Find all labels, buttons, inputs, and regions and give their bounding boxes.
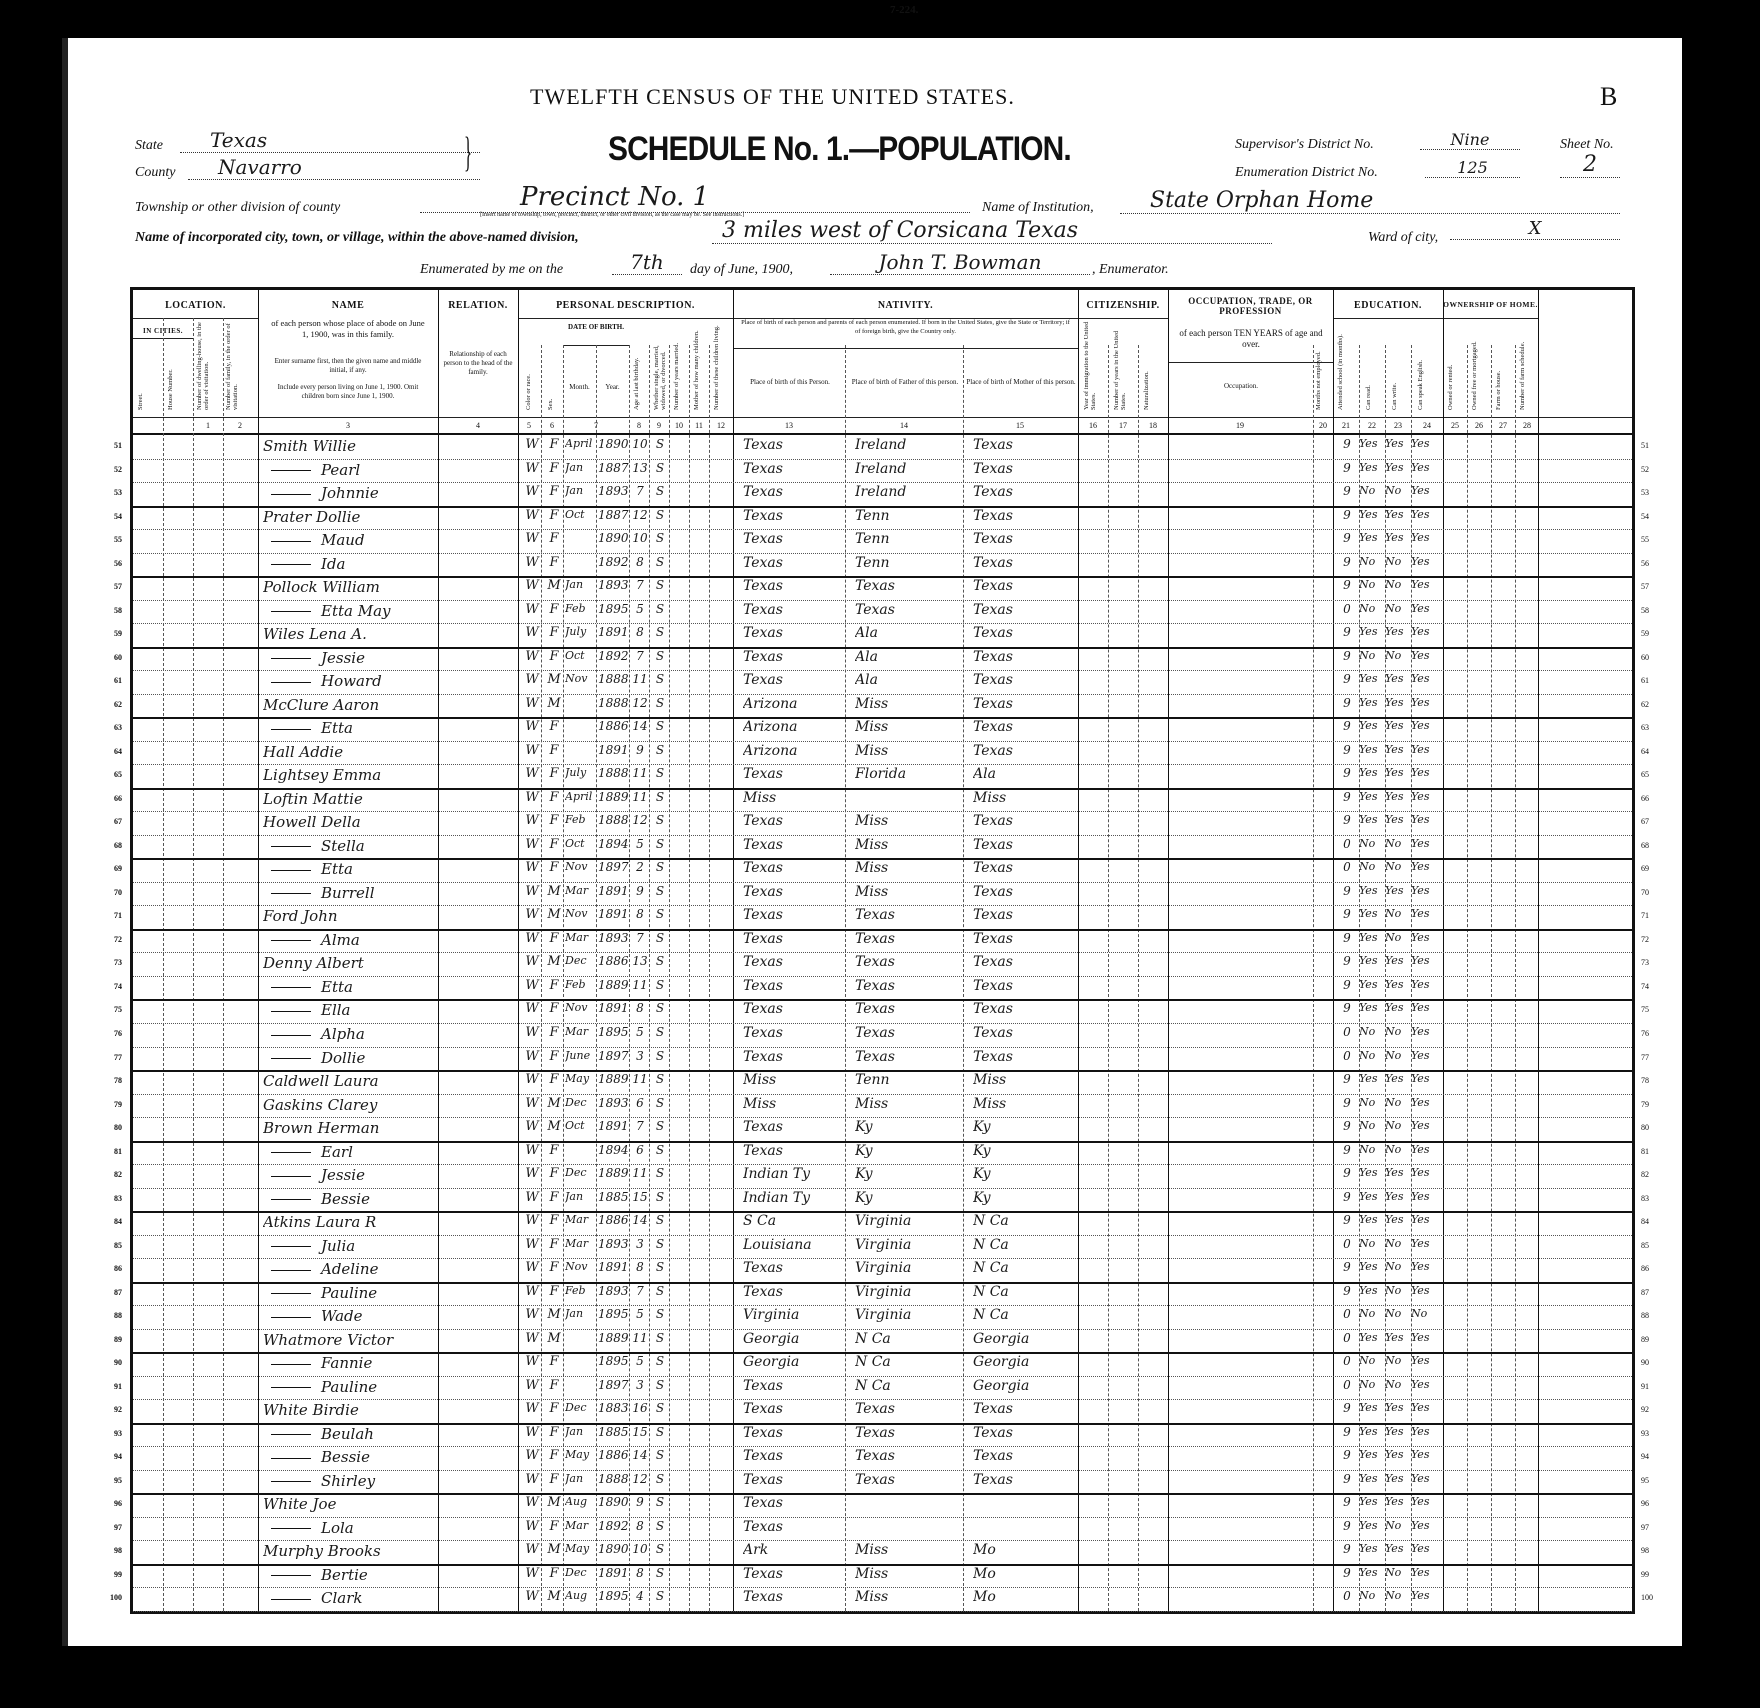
can-write-cell: No [1385,1237,1411,1250]
label-house-number: House Number. [167,350,174,410]
name-cell: Gaskins Clarey [263,1096,438,1114]
father-birthplace-cell: N Ca [855,1378,960,1394]
birthplace-cell: Texas [743,1566,843,1582]
color-cell: W [522,1096,542,1111]
line-number-left: 53 [100,488,122,497]
line-number-left: 61 [100,676,122,685]
can-read-cell: Yes [1359,531,1385,544]
name-cell: Pearl [263,461,446,479]
can-read-cell: No [1359,1049,1385,1062]
label-can-read: Can read. [1365,350,1372,410]
can-read-cell: Yes [1359,461,1385,474]
line-number-left: 69 [100,864,122,873]
can-write-cell: Yes [1385,743,1411,756]
can-write-cell: No [1385,1519,1411,1532]
school-months-cell: 9 [1335,1096,1359,1110]
age-cell: 14 [630,719,650,733]
school-months-cell: 0 [1335,1049,1359,1063]
sex-cell: F [544,1448,564,1463]
birth-year-cell: 1888 [598,672,630,686]
marital-cell: S [650,578,670,592]
can-speak-cell: Yes [1411,625,1443,638]
can-speak-cell: Yes [1411,978,1443,991]
table-row: AlphaWFMar18955STexasTexasTexas0NoNoYes [133,1023,1632,1047]
can-write-cell: Yes [1385,1001,1411,1014]
mother-birthplace-cell: Ky [973,1190,1078,1206]
father-birthplace-cell: Texas [855,931,960,947]
mother-birthplace-cell: Texas [973,954,1078,970]
label-can-speak: Can speak English. [1417,320,1424,410]
color-cell: W [522,766,542,781]
can-speak-cell: Yes [1411,719,1443,732]
color-cell: W [522,484,542,499]
table-row: DollieWFJune18973STexasTexasTexas0NoNoYe… [133,1047,1632,1071]
father-birthplace-cell: Miss [855,719,960,735]
can-read-cell: Yes [1359,1001,1385,1014]
line-number-right: 60 [1641,653,1663,662]
mother-birthplace-cell: Miss [973,1072,1078,1088]
label-street: Street. [137,360,144,410]
color-cell: W [522,719,542,734]
school-months-cell: 9 [1335,907,1359,921]
birth-year-cell: 1892 [598,649,630,663]
mother-birthplace-cell: Texas [973,837,1078,853]
name-cell: Alpha [263,1025,446,1043]
can-speak-cell: Yes [1411,884,1443,897]
mother-birthplace-cell: Texas [973,719,1078,735]
father-birthplace-cell: Miss [855,813,960,829]
marital-cell: S [650,484,670,498]
can-write-cell: No [1385,837,1411,850]
color-cell: W [522,602,542,617]
can-speak-cell: Yes [1411,837,1443,850]
can-read-cell: No [1359,1143,1385,1156]
sex-cell: M [544,1119,564,1134]
can-speak-cell: Yes [1411,508,1443,521]
line-number-left: 81 [100,1147,122,1156]
can-read-cell: No [1359,1354,1385,1367]
mother-birthplace-cell: Texas [973,1049,1078,1065]
birth-year-cell: 1893 [598,1096,630,1110]
line-number-right: 85 [1641,1241,1663,1250]
can-speak-cell: Yes [1411,954,1443,967]
name-cell: Murphy Brooks [263,1542,438,1560]
sex-cell: M [544,1589,564,1604]
birth-year-cell: 1885 [598,1190,630,1204]
name-cell: Smith Willie [263,437,438,455]
marital-cell: S [650,555,670,569]
mother-birthplace-cell: Texas [973,555,1078,571]
birthplace-cell: Texas [743,931,843,947]
birthplace-cell: Miss [743,1072,843,1088]
line-number-right: 72 [1641,935,1663,944]
can-write-cell: No [1385,1378,1411,1391]
column-number: 24 [1417,421,1437,430]
birth-year-cell: 1891 [598,1260,630,1274]
table-row: JuliaWFMar18933SLouisianaVirginiaN Ca0No… [133,1235,1632,1259]
township-value: Precinct No. 1 [420,182,970,213]
birth-month-cell: Oct [565,508,597,521]
table-row: White BirdieWFDec188316STexasTexasTexas9… [133,1399,1632,1423]
group-nativity: NATIVITY. [733,300,1078,311]
line-number-left: 88 [100,1311,122,1320]
father-birthplace-cell: Texas [855,1425,960,1441]
line-number-left: 79 [100,1100,122,1109]
line-number-left: 78 [100,1076,122,1085]
birthplace-cell: Texas [743,1495,843,1511]
birth-year-cell: 1891 [598,1119,630,1133]
birth-month-cell: April [565,437,597,450]
ditto-dash [271,893,311,894]
line-number-left: 57 [100,582,122,591]
group-location: LOCATION. [133,300,258,311]
line-number-right: 87 [1641,1288,1663,1297]
school-months-cell: 9 [1335,719,1359,733]
ditto-dash [271,611,311,612]
father-birthplace-cell: Miss [855,884,960,900]
father-birthplace-cell: Miss [855,696,960,712]
line-number-left: 68 [100,841,122,850]
color-cell: W [522,1448,542,1463]
birth-year-cell: 1893 [598,931,630,945]
sex-cell: F [544,766,564,781]
label-dwelling: Number of dwelling-house, in the order o… [196,320,210,410]
color-cell: W [522,1589,542,1604]
occupation-col-label: Occupation. [1171,382,1311,391]
marital-cell: S [650,625,670,639]
father-birthplace-cell: Tenn [855,508,960,524]
city-value: 3 miles west of Corsicana Texas [712,218,1272,244]
group-citizenship: CITIZENSHIP. [1078,300,1168,311]
can-speak-cell: Yes [1411,1495,1443,1508]
can-write-cell: Yes [1385,719,1411,732]
age-cell: 5 [630,1025,650,1039]
line-number-right: 75 [1641,1005,1663,1014]
father-birthplace-cell: Miss [855,837,960,853]
line-number-right: 64 [1641,747,1663,756]
ditto-dash [271,1152,311,1153]
age-cell: 4 [630,1589,650,1603]
sex-cell: F [544,1260,564,1275]
line-number-right: 80 [1641,1123,1663,1132]
school-months-cell: 0 [1335,1354,1359,1368]
sex-cell: F [544,437,564,452]
can-speak-cell: Yes [1411,1378,1443,1391]
school-months-cell: 9 [1335,1401,1359,1415]
line-number-right: 59 [1641,629,1663,638]
line-number-left: 62 [100,700,122,709]
father-birthplace-cell: Tenn [855,1072,960,1088]
line-number-left: 75 [100,1005,122,1014]
birth-father-label: Place of birth of Father of this person. [847,378,963,387]
line-number-right: 55 [1641,535,1663,544]
table-row: EttaWFNov18972STexasMissTexas0NoNoYes [133,858,1632,882]
sex-cell: F [544,1213,564,1228]
age-cell: 2 [630,860,650,874]
birthplace-cell: Texas [743,978,843,994]
label-attended-school: Attended school (in months). [1337,320,1344,410]
age-cell: 5 [630,837,650,851]
group-education: EDUCATION. [1333,300,1443,311]
name-cell: Howell Della [263,813,438,831]
name-cell: Pollock William [263,578,438,596]
line-number-left: 66 [100,794,122,803]
column-number: 3 [338,421,358,430]
column-number: 2 [230,421,250,430]
label-children-living: Number of these children living. [713,320,720,410]
birth-month-cell: Nov [565,672,597,685]
marital-cell: S [650,602,670,616]
enumerator-suffix: , Enumerator. [1092,262,1169,278]
birth-month-cell: July [565,625,597,638]
line-number-left: 99 [100,1570,122,1579]
can-write-cell: No [1385,931,1411,944]
birthplace-cell: Texas [743,649,843,665]
color-cell: W [522,531,542,546]
can-speak-cell: Yes [1411,1331,1443,1344]
ditto-dash [271,682,311,683]
marital-cell: S [650,1049,670,1063]
marital-cell: S [650,1190,670,1204]
line-number-right: 70 [1641,888,1663,897]
birth-month-cell: Feb [565,978,597,991]
line-number-left: 71 [100,911,122,920]
line-number-right: 100 [1641,1593,1663,1602]
can-write-cell: No [1385,1589,1411,1602]
birth-year-cell: 1886 [598,1213,630,1227]
father-birthplace-cell: Texas [855,1448,960,1464]
father-birthplace-cell: Texas [855,1401,960,1417]
column-number: 28 [1517,421,1537,430]
birth-year-cell: 1888 [598,1472,630,1486]
can-write-cell: Yes [1385,672,1411,685]
can-write-cell: No [1385,1260,1411,1273]
color-cell: W [522,978,542,993]
can-read-cell: Yes [1359,1472,1385,1485]
table-row: Smith WillieWFApril189010STexasIrelandTe… [133,435,1632,459]
label-farm-schedule: Number of farm schedule. [1519,320,1526,410]
can-speak-cell: Yes [1411,790,1443,803]
color-cell: W [522,1378,542,1393]
birth-year-cell: 1894 [598,1143,630,1157]
ditto-dash [271,1458,311,1459]
line-number-right: 96 [1641,1499,1663,1508]
birth-year-cell: 1895 [598,1589,630,1603]
table-row: Pollock WilliamWMJan18937STexasTexasTexa… [133,576,1632,600]
father-birthplace-cell: Miss [855,1589,960,1605]
can-write-cell: Yes [1385,954,1411,967]
line-number-left: 55 [100,535,122,544]
birthplace-cell: Texas [743,1472,843,1488]
column-number: 15 [1010,421,1030,430]
school-months-cell: 9 [1335,461,1359,475]
name-cell: Loftin Mattie [263,790,438,808]
mother-birthplace-cell: Texas [973,813,1078,829]
can-read-cell: Yes [1359,1284,1385,1297]
can-speak-cell: Yes [1411,1119,1443,1132]
can-write-cell: Yes [1385,978,1411,991]
birth-year-cell: 1893 [598,1237,630,1251]
sheet-label: Sheet No. [1560,137,1614,153]
can-speak-cell: Yes [1411,1237,1443,1250]
ward-value: X [1450,218,1620,240]
can-write-cell: No [1385,860,1411,873]
sex-cell: F [544,1190,564,1205]
birthplace-cell: Texas [743,1025,843,1041]
birth-month-cell: May [565,1448,597,1461]
table-row: McClure AaronWM188812SArizonaMissTexas9Y… [133,694,1632,718]
birth-year-cell: 1889 [598,978,630,992]
table-row: Hall AddieWF18919SArizonaMissTexas9YesYe… [133,741,1632,765]
table-row: JohnnieWFJan18937STexasIrelandTexas9NoNo… [133,482,1632,506]
birth-month-cell: Dec [565,954,597,967]
enumeration-value: 125 [1425,158,1520,178]
age-cell: 8 [630,1519,650,1533]
line-number-left: 87 [100,1288,122,1297]
mother-birthplace-cell: Texas [973,578,1078,594]
birthplace-cell: Arizona [743,743,843,759]
name-cell: Ella [263,1001,446,1019]
age-cell: 14 [630,1213,650,1227]
can-read-cell: Yes [1359,907,1385,920]
birth-year-cell: 1883 [598,1401,630,1415]
birth-month-cell: Feb [565,602,597,615]
birth-year-cell: 1894 [598,837,630,851]
father-birthplace-cell: Virginia [855,1213,960,1229]
birth-month-cell: Jan [565,1307,597,1320]
name-cell: Julia [263,1237,446,1255]
can-read-cell: No [1359,555,1385,568]
mother-birthplace-cell: Texas [973,1472,1078,1488]
color-cell: W [522,1190,542,1205]
ditto-dash [271,1011,311,1012]
table-row: PaulineWFFeb18937STexasVirginiaN Ca9YesN… [133,1282,1632,1306]
ditto-dash [271,1481,311,1482]
table-row: HowardWMNov188811STexasAlaTexas9YesYesYe… [133,670,1632,694]
sex-cell: F [544,1001,564,1016]
label-color: Color or race. [525,350,532,410]
label-owned-free: Owned free or mortgaged. [1471,320,1478,410]
father-birthplace-cell: Texas [855,578,960,594]
age-cell: 11 [630,1166,650,1180]
birthplace-cell: Texas [743,625,843,641]
father-birthplace-cell: Miss [855,743,960,759]
birthplace-cell: Texas [743,1001,843,1017]
line-number-left: 97 [100,1523,122,1532]
table-row: JessieWFOct18927STexasAlaTexas9NoNoYes [133,647,1632,671]
father-birthplace-cell: Texas [855,1472,960,1488]
birth-month-cell: Nov [565,860,597,873]
school-months-cell: 9 [1335,790,1359,804]
mother-birthplace-cell: Ala [973,766,1078,782]
age-cell: 5 [630,602,650,616]
birth-month-cell: Jan [565,1425,597,1438]
table-row: Wiles Lena A.WFJuly18918STexasAlaTexas9Y… [133,623,1632,647]
birth-year-cell: 1891 [598,884,630,898]
age-cell: 11 [630,766,650,780]
line-number-right: 67 [1641,817,1663,826]
sex-cell: F [544,461,564,476]
table-row: Brown HermanWMOct18917STexasKyKy9NoNoYes [133,1117,1632,1141]
father-birthplace-cell: Texas [855,954,960,970]
name-instructions: of each person whose place of abode on J… [268,318,428,340]
father-birthplace-cell: Florida [855,766,960,782]
mother-birthplace-cell: Texas [973,602,1078,618]
can-read-cell: No [1359,1025,1385,1038]
marital-cell: S [650,1119,670,1133]
mother-birthplace-cell: Texas [973,931,1078,947]
ward-label: Ward of city, [1368,230,1438,246]
birth-year-cell: 1886 [598,1448,630,1462]
mother-birthplace-cell: Texas [973,531,1078,547]
institution-value: State Orphan Home [1120,188,1620,214]
birthplace-cell: Texas [743,766,843,782]
color-cell: W [522,1331,542,1346]
mother-birthplace-cell: Mo [973,1542,1078,1558]
school-months-cell: 9 [1335,884,1359,898]
line-number-right: 73 [1641,958,1663,967]
table-row: EarlWF18946STexasKyKy9NoNoYes [133,1141,1632,1165]
date-of-birth-label: DATE OF BIRTH. [563,323,629,332]
school-months-cell: 0 [1335,1307,1359,1321]
can-speak-cell: Yes [1411,437,1443,450]
table-row: EttaWF188614SArizonaMissTexas9YesYesYes [133,717,1632,741]
mother-birthplace-cell: Ky [973,1119,1078,1135]
name-cell: Earl [263,1143,446,1161]
birth-year-cell: 1888 [598,766,630,780]
mother-birthplace-cell: Texas [973,1401,1078,1417]
can-write-cell: Yes [1385,1425,1411,1438]
can-write-cell: No [1385,1143,1411,1156]
can-speak-cell: Yes [1411,907,1443,920]
group-name: NAME [258,300,438,311]
birth-year-cell: 1893 [598,484,630,498]
school-months-cell: 9 [1335,1143,1359,1157]
line-number-right: 89 [1641,1335,1663,1344]
name-cell: Adeline [263,1260,446,1278]
birth-year-cell: 1891 [598,743,630,757]
line-number-right: 92 [1641,1405,1663,1414]
birth-year-cell: 1890 [598,437,630,451]
line-number-right: 90 [1641,1358,1663,1367]
name-cell: Fannie [263,1354,446,1372]
column-number: 26 [1469,421,1489,430]
can-write-cell: No [1385,602,1411,615]
age-cell: 5 [630,1307,650,1321]
line-number-right: 57 [1641,582,1663,591]
father-birthplace-cell: Texas [855,1025,960,1041]
can-read-cell: Yes [1359,1519,1385,1532]
page-edge [62,38,68,1646]
birth-year-cell: 1891 [598,1566,630,1580]
mother-birthplace-cell: Mo [973,1589,1078,1605]
father-birthplace-cell: Ireland [855,437,960,453]
line-number-left: 73 [100,958,122,967]
column-number: 4 [468,421,488,430]
column-number: 6 [542,421,562,430]
school-months-cell: 9 [1335,813,1359,827]
birthplace-cell: Texas [743,1589,843,1605]
sex-cell: F [544,1025,564,1040]
school-months-cell: 9 [1335,649,1359,663]
line-number-right: 95 [1641,1476,1663,1485]
line-number-right: 69 [1641,864,1663,873]
color-cell: W [522,1566,542,1581]
can-speak-cell: Yes [1411,1425,1443,1438]
can-speak-cell: Yes [1411,672,1443,685]
birth-year-cell: 1892 [598,555,630,569]
school-months-cell: 9 [1335,1119,1359,1133]
